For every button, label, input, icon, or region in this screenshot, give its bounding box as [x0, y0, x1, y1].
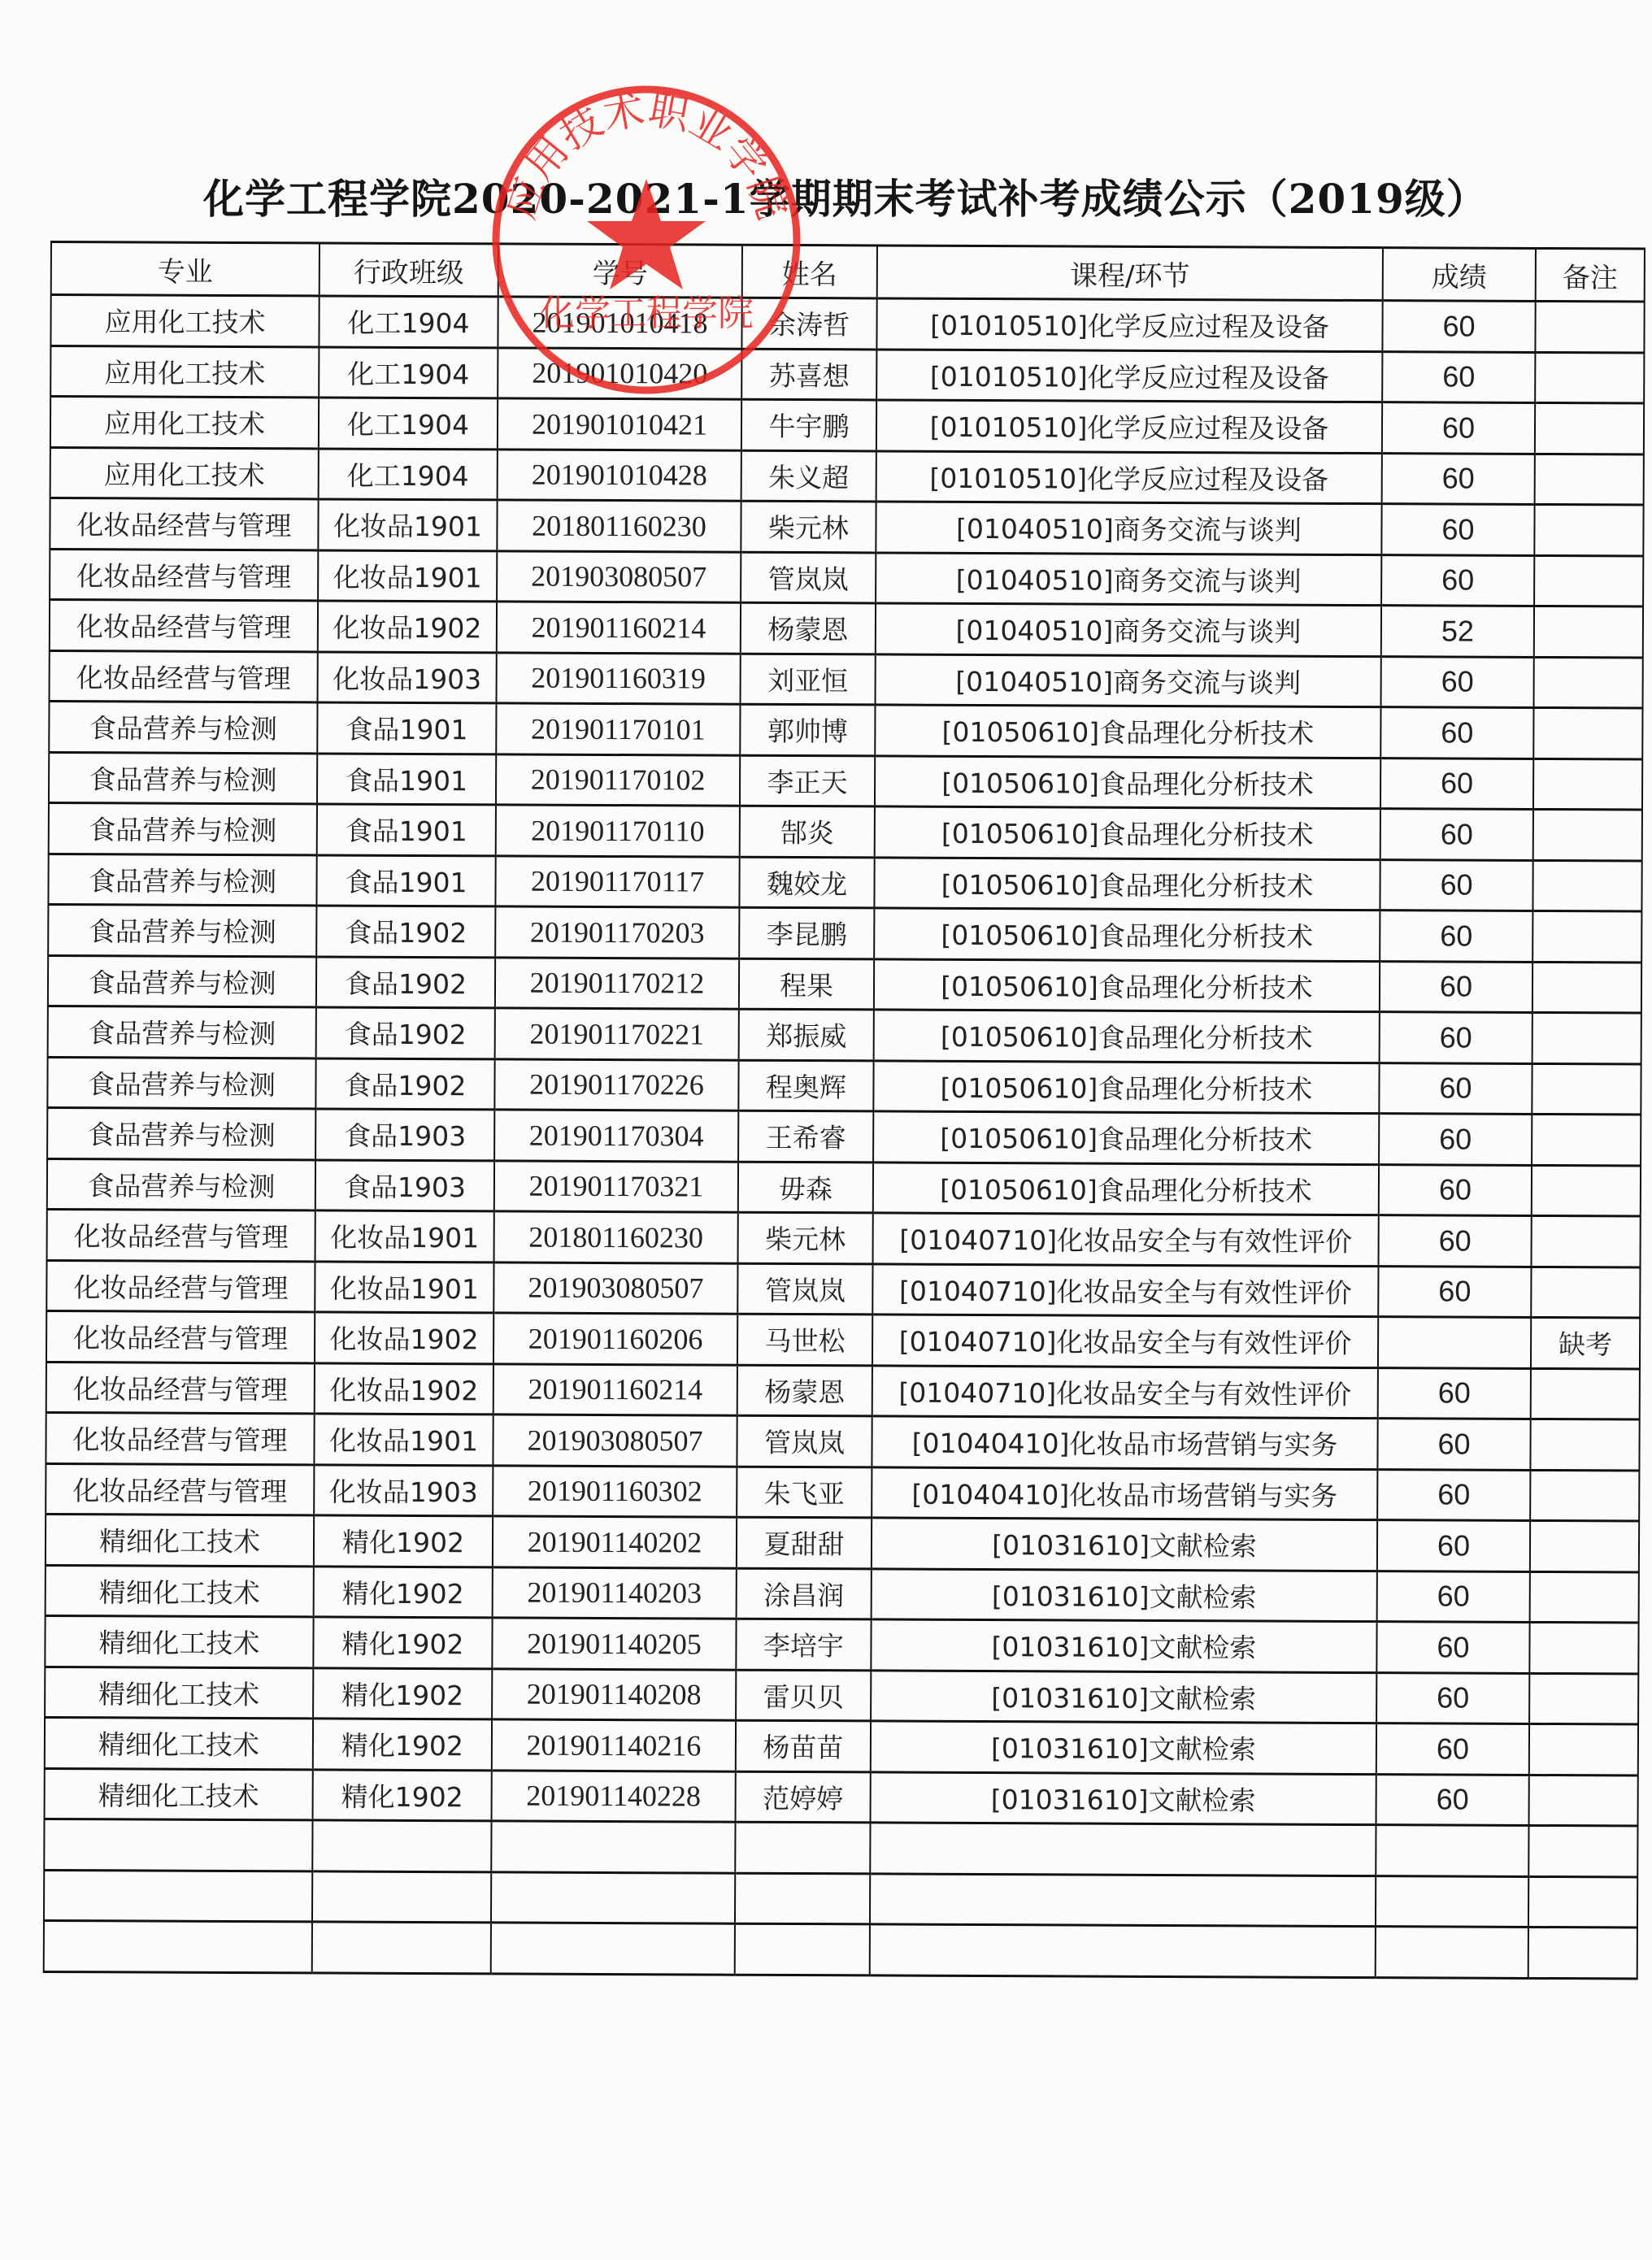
table-row: 食品营养与检测食品1902201901170203李昆鹏[01050610]食品…: [48, 904, 1641, 962]
cell-remark: [1530, 1571, 1639, 1623]
cell-remark: [1533, 809, 1642, 860]
cell-class: 精化1902: [313, 1617, 492, 1668]
cell-student-id: 201901140216: [492, 1719, 736, 1771]
table-row: 应用化工技术化工1904201901010428朱义超[01010510]化学反…: [50, 447, 1644, 505]
cell-class: 化妆品1901: [315, 1261, 493, 1312]
cell-score: 60: [1380, 707, 1533, 758]
table-row: 精细化工技术精化1902201901140208雷贝贝[01031610]文献检…: [45, 1667, 1638, 1724]
cell-score: 60: [1380, 809, 1533, 860]
cell-course: [01010510]化学反应过程及设备: [876, 349, 1382, 402]
cell-remark: [1529, 1723, 1638, 1775]
cell-student-id: 201901160319: [497, 652, 741, 704]
cell-name: 余涛哲: [741, 298, 876, 349]
cell-score: 60: [1380, 911, 1532, 962]
cell-student-id: 201903080507: [493, 1415, 737, 1467]
cell-major: 食品营养与检测: [49, 752, 317, 804]
cell-score: 60: [1376, 1774, 1529, 1825]
cell-remark: [1534, 555, 1643, 606]
table-row: [44, 1920, 1637, 1978]
cell-name: 管岚岚: [737, 1415, 872, 1467]
cell-course: [01050610]食品理化分析技术: [873, 1060, 1379, 1113]
cell-student-id: 201901140203: [493, 1567, 737, 1619]
cell-major: 化妆品经营与管理: [50, 650, 318, 702]
cell-remark: [1530, 1520, 1639, 1571]
cell-class: 化妆品1901: [318, 550, 497, 601]
cell-score: 60: [1379, 1164, 1532, 1215]
cell-score: 60: [1382, 351, 1535, 402]
cell-name: 雷贝贝: [736, 1670, 871, 1721]
cell-major: 化妆品经营与管理: [46, 1463, 314, 1515]
cell-score: 60: [1376, 1723, 1529, 1775]
table-row: 食品营养与检测食品1902201901170226程奥辉[01050610]食品…: [47, 1057, 1641, 1115]
cell-remark: [1532, 1165, 1641, 1216]
cell-remark: [1534, 606, 1643, 657]
cell-student-id: 201901160302: [493, 1465, 737, 1517]
table-row: 食品营养与检测食品1901201901170110郜炎[01050610]食品理…: [49, 802, 1642, 860]
cell-student-id: 201801160230: [497, 500, 741, 552]
cell-major: 食品营养与检测: [48, 1006, 316, 1058]
table-row: 化妆品经营与管理化妆品1903201901160302朱飞亚[01040410]…: [46, 1463, 1639, 1521]
cell-score: [1376, 1875, 1528, 1927]
table-row: 食品营养与检测食品1902201901170221郑振威[01050610]食品…: [48, 1006, 1641, 1063]
cell-course: [01010510]化学反应过程及设备: [876, 400, 1382, 453]
cell-student-id: 201901010428: [498, 449, 741, 501]
cell-course: [01050610]食品理化分析技术: [874, 908, 1380, 961]
cell-major: 食品营养与检测: [47, 1057, 315, 1109]
cell-major: 精细化工技术: [45, 1768, 313, 1820]
cell-course: [01031610]文献检索: [872, 1518, 1377, 1571]
cell-name: 柴元林: [738, 1212, 873, 1263]
cell-remark: [1530, 1470, 1639, 1521]
cell-class: 化妆品1901: [315, 1210, 494, 1262]
cell-course: [01050610]食品理化分析技术: [875, 806, 1380, 859]
cell-student-id: 201901170304: [494, 1110, 738, 1162]
cell-score: 60: [1380, 859, 1532, 911]
cell-score: 60: [1381, 554, 1534, 606]
cell-class: 化工1904: [319, 398, 498, 449]
cell-name: 管岚岚: [741, 552, 876, 603]
cell-major: 精细化工技术: [46, 1514, 314, 1566]
cell-student-id: 201901170226: [494, 1058, 738, 1110]
cell-course: [01031610]文献检索: [872, 1568, 1377, 1621]
cell-score: 60: [1377, 1419, 1530, 1470]
table-row: 化妆品经营与管理化妆品1902201901160214杨蒙恩[01040710]…: [46, 1362, 1640, 1419]
cell-remark: 缺考: [1531, 1317, 1640, 1368]
cell-name: 李昆鹏: [739, 907, 874, 958]
cell-class: 食品1902: [316, 956, 495, 1007]
cell-course: [01031610]文献检索: [871, 1771, 1376, 1824]
cell-course: [01040410]化妆品市场营销与实务: [872, 1467, 1377, 1519]
cell-score: 60: [1379, 1114, 1532, 1165]
cell-major: 精细化工技术: [45, 1667, 313, 1719]
cell-remark: [1535, 301, 1644, 352]
cell-name: 郭帅博: [740, 704, 875, 755]
cell-class: 化工1904: [319, 448, 498, 499]
cell-name: 郜炎: [740, 806, 875, 857]
table-row: 食品营养与检测食品1903201901170321毋森[01050610]食品理…: [47, 1158, 1641, 1216]
cell-course: [01040710]化妆品安全与有效性评价: [872, 1315, 1378, 1367]
table-row: [44, 1819, 1637, 1876]
cell-name: 范婷婷: [736, 1771, 871, 1823]
cell-score: 60: [1379, 1063, 1532, 1114]
table-row: 精细化工技术精化1902201901140202夏甜甜[01031610]文献检…: [46, 1514, 1639, 1571]
cell-student-id: 201901140228: [492, 1770, 736, 1822]
header-remark: 备注: [1536, 248, 1645, 302]
cell-name: 管岚岚: [737, 1263, 872, 1315]
cell-name: 马世松: [737, 1314, 872, 1365]
cell-name: 程果: [739, 958, 874, 1010]
cell-class: 精化1902: [313, 1769, 492, 1820]
cell-course: [870, 1924, 1376, 1977]
cell-name: 牛宇鹏: [741, 399, 876, 450]
cell-remark: [1532, 1012, 1641, 1063]
cell-remark: [1528, 1876, 1637, 1928]
cell-major: [44, 1920, 312, 1972]
cell-major: 食品营养与检测: [47, 1107, 315, 1159]
cell-student-id: 201901010420: [498, 347, 741, 399]
cell-name: 朱义超: [741, 450, 876, 502]
cell-major: 化妆品经营与管理: [46, 1260, 315, 1312]
cell-student-id: 201901170102: [496, 754, 740, 806]
cell-class: 食品1902: [315, 1058, 494, 1109]
table-row: 应用化工技术化工1904201901010420苏喜想[01010510]化学反…: [50, 346, 1644, 403]
table-row: 精细化工技术精化1902201901140216杨苗苗[01031610]文献检…: [45, 1717, 1638, 1775]
cell-major: 食品营养与检测: [48, 854, 316, 906]
cell-name: 柴元林: [741, 501, 876, 552]
cell-score: 60: [1376, 1672, 1529, 1723]
cell-major: 精细化工技术: [45, 1615, 313, 1667]
table-row: 精细化工技术精化1902201901140205李培宇[01031610]文献检…: [45, 1615, 1638, 1673]
cell-remark: [1533, 707, 1642, 758]
cell-course: [01050610]食品理化分析技术: [873, 1162, 1379, 1215]
cell-course: [01010510]化学反应过程及设备: [876, 450, 1382, 503]
cell-name: 刘亚恒: [741, 654, 876, 705]
cell-name: 李正天: [740, 755, 875, 806]
cell-remark: [1532, 1114, 1641, 1165]
cell-major: 应用化工技术: [50, 295, 319, 347]
cell-class: 化妆品1903: [314, 1464, 493, 1515]
cell-major: 食品营养与检测: [49, 802, 317, 854]
table-row: 食品营养与检测食品1903201901170304王希睿[01050610]食品…: [47, 1107, 1641, 1165]
cell-student-id: 201801160230: [494, 1211, 738, 1263]
cell-major: 食品营养与检测: [47, 1158, 315, 1210]
cell-class: 化妆品1901: [314, 1414, 493, 1465]
cell-remark: [1535, 402, 1644, 454]
cell-course: [01040510]商务交流与谈判: [876, 603, 1381, 656]
cell-name: 郑振威: [739, 1009, 874, 1060]
cell-score: 60: [1379, 1215, 1532, 1267]
cell-score: 60: [1381, 504, 1534, 555]
cell-name: 李培宇: [736, 1619, 871, 1670]
cell-name: 杨苗苗: [736, 1720, 871, 1771]
cell-class: 精化1902: [314, 1515, 493, 1567]
table-row: 化妆品经营与管理化妆品1902201901160214杨蒙恩[01040510]…: [50, 600, 1643, 658]
cell-class: [312, 1820, 491, 1871]
cell-remark: [1530, 1419, 1639, 1470]
cell-major: 化妆品经营与管理: [50, 498, 318, 550]
cell-class: 食品1902: [316, 906, 495, 957]
cell-course: [01050610]食品理化分析技术: [875, 755, 1380, 808]
table-row: 应用化工技术化工1904201901010421牛宇鹏[01010510]化学反…: [50, 397, 1644, 454]
cell-class: 化妆品1901: [318, 499, 497, 550]
cell-major: 化妆品经营与管理: [46, 1412, 314, 1464]
cell-class: 化工1904: [319, 296, 498, 347]
table-row: 应用化工技术化工1904201901010418余涛哲[01010510]化学反…: [50, 295, 1644, 353]
cell-student-id: 201901010418: [498, 297, 741, 349]
cell-student-id: 201901170110: [496, 805, 740, 857]
cell-course: [01050610]食品理化分析技术: [874, 857, 1380, 910]
cell-course: [01050610]食品理化分析技术: [873, 1111, 1379, 1164]
cell-student-id: [491, 1871, 735, 1923]
cell-student-id: 201901140208: [492, 1668, 736, 1720]
cell-course: [01031610]文献检索: [871, 1721, 1376, 1774]
cell-remark: [1528, 1825, 1637, 1876]
cell-remark: [1532, 911, 1641, 962]
cell-score: 60: [1380, 961, 1532, 1012]
cell-course: [01040710]化妆品安全与有效性评价: [872, 1365, 1378, 1418]
cell-major: 食品营养与检测: [49, 701, 317, 753]
cell-remark: [1534, 657, 1643, 708]
cell-remark: [1533, 758, 1642, 810]
cell-major: 食品营养与检测: [48, 904, 316, 956]
cell-course: [01040510]商务交流与谈判: [876, 502, 1381, 554]
cell-major: 化妆品经营与管理: [46, 1362, 315, 1414]
cell-student-id: 201901160214: [493, 1363, 737, 1415]
cell-score: 60: [1378, 1266, 1531, 1317]
cell-name: 魏姣龙: [739, 857, 874, 908]
cell-course: [01050610]食品理化分析技术: [874, 1010, 1380, 1063]
cell-score: 52: [1381, 606, 1534, 657]
header-major: 专业: [51, 242, 320, 296]
header-course: 课程/环节: [877, 246, 1383, 301]
cell-student-id: [491, 1923, 735, 1975]
cell-course: [01040710]化妆品安全与有效性评价: [873, 1213, 1379, 1266]
cell-class: 食品1901: [316, 854, 495, 906]
cell-class: 精化1902: [314, 1566, 493, 1617]
cell-course: [01031610]文献检索: [871, 1619, 1376, 1672]
cell-remark: [1531, 1267, 1640, 1318]
cell-major: 精细化工技术: [45, 1717, 313, 1769]
cell-remark: [1532, 860, 1641, 911]
cell-score: [1376, 1927, 1528, 1978]
cell-course: [01050610]食品理化分析技术: [875, 705, 1380, 758]
cell-class: 食品1903: [315, 1159, 494, 1210]
table-row: 食品营养与检测食品1901201901170101郭帅博[01050610]食品…: [49, 701, 1642, 758]
cell-course: [01050610]食品理化分析技术: [874, 958, 1380, 1011]
cell-major: 化妆品经营与管理: [46, 1310, 315, 1363]
cell-score: 60: [1377, 1469, 1530, 1520]
cell-course: [01040710]化妆品安全与有效性评价: [872, 1263, 1378, 1316]
cell-course: [870, 1873, 1376, 1926]
cell-major: 食品营养与检测: [48, 955, 316, 1007]
cell-class: 化妆品1902: [315, 1363, 493, 1414]
cell-remark: [1535, 454, 1644, 505]
cell-student-id: 201901170221: [495, 1008, 739, 1060]
cell-class: 化妆品1903: [318, 651, 497, 702]
table-row: [44, 1870, 1637, 1928]
cell-name: 涂昌润: [737, 1568, 872, 1619]
cell-class: 食品1901: [317, 804, 496, 855]
table-row: 化妆品经营与管理化妆品1901201903080507管岚岚[01040710]…: [46, 1260, 1640, 1318]
table-row: 化妆品经营与管理化妆品1901201801160230柴元林[01040510]…: [50, 498, 1643, 556]
cell-remark: [1529, 1775, 1638, 1826]
cell-remark: [1534, 504, 1643, 555]
cell-name: 朱飞亚: [737, 1467, 872, 1518]
cell-class: [312, 1871, 491, 1922]
cell-name: 毋森: [738, 1162, 873, 1213]
cell-class: 食品1901: [317, 753, 496, 804]
cell-class: 食品1901: [317, 702, 496, 754]
table-row: 化妆品经营与管理化妆品1901201801160230柴元林[01040710]…: [47, 1209, 1641, 1267]
cell-remark: [1529, 1622, 1638, 1673]
table-header-row: 专业 行政班级 学号 姓名 课程/环节 成绩 备注: [51, 242, 1645, 302]
cell-class: 化妆品1902: [318, 601, 497, 652]
cell-remark: [1531, 1368, 1640, 1419]
cell-major: 化妆品经营与管理: [50, 600, 318, 652]
cell-name: [735, 1822, 870, 1873]
cell-score: 60: [1382, 301, 1535, 352]
cell-student-id: 201901010421: [498, 398, 741, 450]
header-score: 成绩: [1383, 248, 1536, 302]
cell-student-id: 201901170101: [496, 703, 740, 755]
cell-class: 精化1902: [313, 1667, 492, 1719]
cell-remark: [1528, 1927, 1637, 1978]
cell-remark: [1529, 1673, 1638, 1724]
cell-student-id: 201903080507: [497, 550, 741, 602]
cell-score: 60: [1377, 1571, 1530, 1622]
cell-name: 程奥辉: [738, 1060, 873, 1111]
cell-score: [1378, 1317, 1531, 1368]
header-class: 行政班级: [320, 243, 498, 297]
cell-remark: [1532, 1063, 1641, 1115]
cell-name: 夏甜甜: [737, 1517, 872, 1568]
cell-name: [735, 1873, 870, 1924]
cell-class: 食品1903: [315, 1109, 494, 1160]
cell-score: 60: [1380, 1012, 1532, 1063]
header-name: 姓名: [742, 245, 877, 298]
cell-course: [01010510]化学反应过程及设备: [876, 298, 1382, 351]
cell-class: 精化1902: [313, 1719, 492, 1770]
cell-score: 60: [1382, 402, 1535, 454]
cell-class: 食品1902: [316, 1007, 495, 1058]
table-row: 精细化工技术精化1902201901140203涂昌润[01031610]文献检…: [46, 1565, 1639, 1623]
cell-major: 化妆品经营与管理: [50, 549, 318, 601]
table-row: 化妆品经营与管理化妆品1902201901160206马世松[01040710]…: [46, 1310, 1640, 1368]
cell-class: 化妆品1902: [315, 1312, 493, 1363]
cell-student-id: 201903080507: [493, 1262, 737, 1314]
page-title: 化学工程学院2020-2021-1学期期末考试补考成绩公示（2019级）: [203, 167, 1472, 225]
cell-student-id: 201901160214: [497, 602, 741, 654]
cell-major: [44, 1819, 312, 1871]
table-row: 化妆品经营与管理化妆品1901201903080507管岚岚[01040510]…: [50, 549, 1643, 606]
cell-student-id: 201901170203: [495, 906, 739, 958]
cell-name: [735, 1923, 870, 1975]
cell-course: [01031610]文献检索: [871, 1670, 1376, 1723]
table-row: 精细化工技术精化1902201901140228范婷婷[01031610]文献检…: [45, 1768, 1638, 1826]
cell-course: [870, 1823, 1376, 1875]
cell-name: 王希睿: [738, 1110, 873, 1162]
cell-remark: [1532, 962, 1641, 1013]
cell-student-id: 201901160206: [493, 1313, 737, 1365]
cell-major: 精细化工技术: [46, 1565, 314, 1617]
cell-course: [01040410]化妆品市场营销与实务: [872, 1416, 1377, 1469]
cell-class: [312, 1922, 491, 1973]
table-row: 食品营养与检测食品1902201901170212程果[01050610]食品理…: [48, 955, 1641, 1013]
cell-remark: [1535, 352, 1644, 403]
table-row: 食品营养与检测食品1901201901170102李正天[01050610]食品…: [49, 752, 1642, 810]
cell-student-id: 201901170117: [495, 855, 739, 907]
cell-score: 60: [1381, 656, 1534, 707]
cell-major: [44, 1870, 312, 1922]
cell-score: 60: [1382, 453, 1535, 504]
cell-score: 60: [1380, 758, 1533, 809]
grades-table: 专业 行政班级 学号 姓名 课程/环节 成绩 备注 应用化工技术化工190420…: [43, 241, 1645, 1980]
cell-name: 杨蒙恩: [741, 602, 876, 654]
cell-score: 60: [1377, 1520, 1530, 1571]
cell-score: 60: [1376, 1622, 1529, 1673]
cell-student-id: 201901140202: [493, 1516, 737, 1568]
cell-score: 60: [1378, 1367, 1531, 1419]
table-body: 应用化工技术化工1904201901010418余涛哲[01010510]化学反…: [44, 295, 1645, 1979]
cell-name: 苏喜想: [741, 349, 876, 400]
cell-major: 应用化工技术: [50, 447, 319, 499]
cell-course: [01040510]商务交流与谈判: [876, 654, 1381, 706]
table-row: 化妆品经营与管理化妆品1903201901160319刘亚恒[01040510]…: [50, 650, 1643, 708]
table-row: 食品营养与检测食品1901201901170117魏姣龙[01050610]食品…: [48, 854, 1641, 911]
cell-student-id: 201901170321: [494, 1160, 738, 1212]
header-student-id: 学号: [498, 244, 742, 298]
cell-major: 化妆品经营与管理: [47, 1209, 315, 1261]
table-row: 化妆品经营与管理化妆品1901201903080507管岚岚[01040410]…: [46, 1412, 1639, 1470]
cell-student-id: 201901140205: [492, 1618, 736, 1670]
cell-student-id: [491, 1821, 735, 1873]
cell-name: 杨蒙恩: [737, 1365, 872, 1416]
cell-course: [01040510]商务交流与谈判: [876, 552, 1381, 605]
cell-major: 应用化工技术: [50, 397, 319, 449]
cell-class: 化工1904: [319, 346, 498, 398]
cell-major: 应用化工技术: [50, 346, 319, 398]
cell-student-id: 201901170212: [495, 957, 739, 1009]
cell-score: [1376, 1825, 1528, 1876]
cell-remark: [1532, 1215, 1641, 1267]
